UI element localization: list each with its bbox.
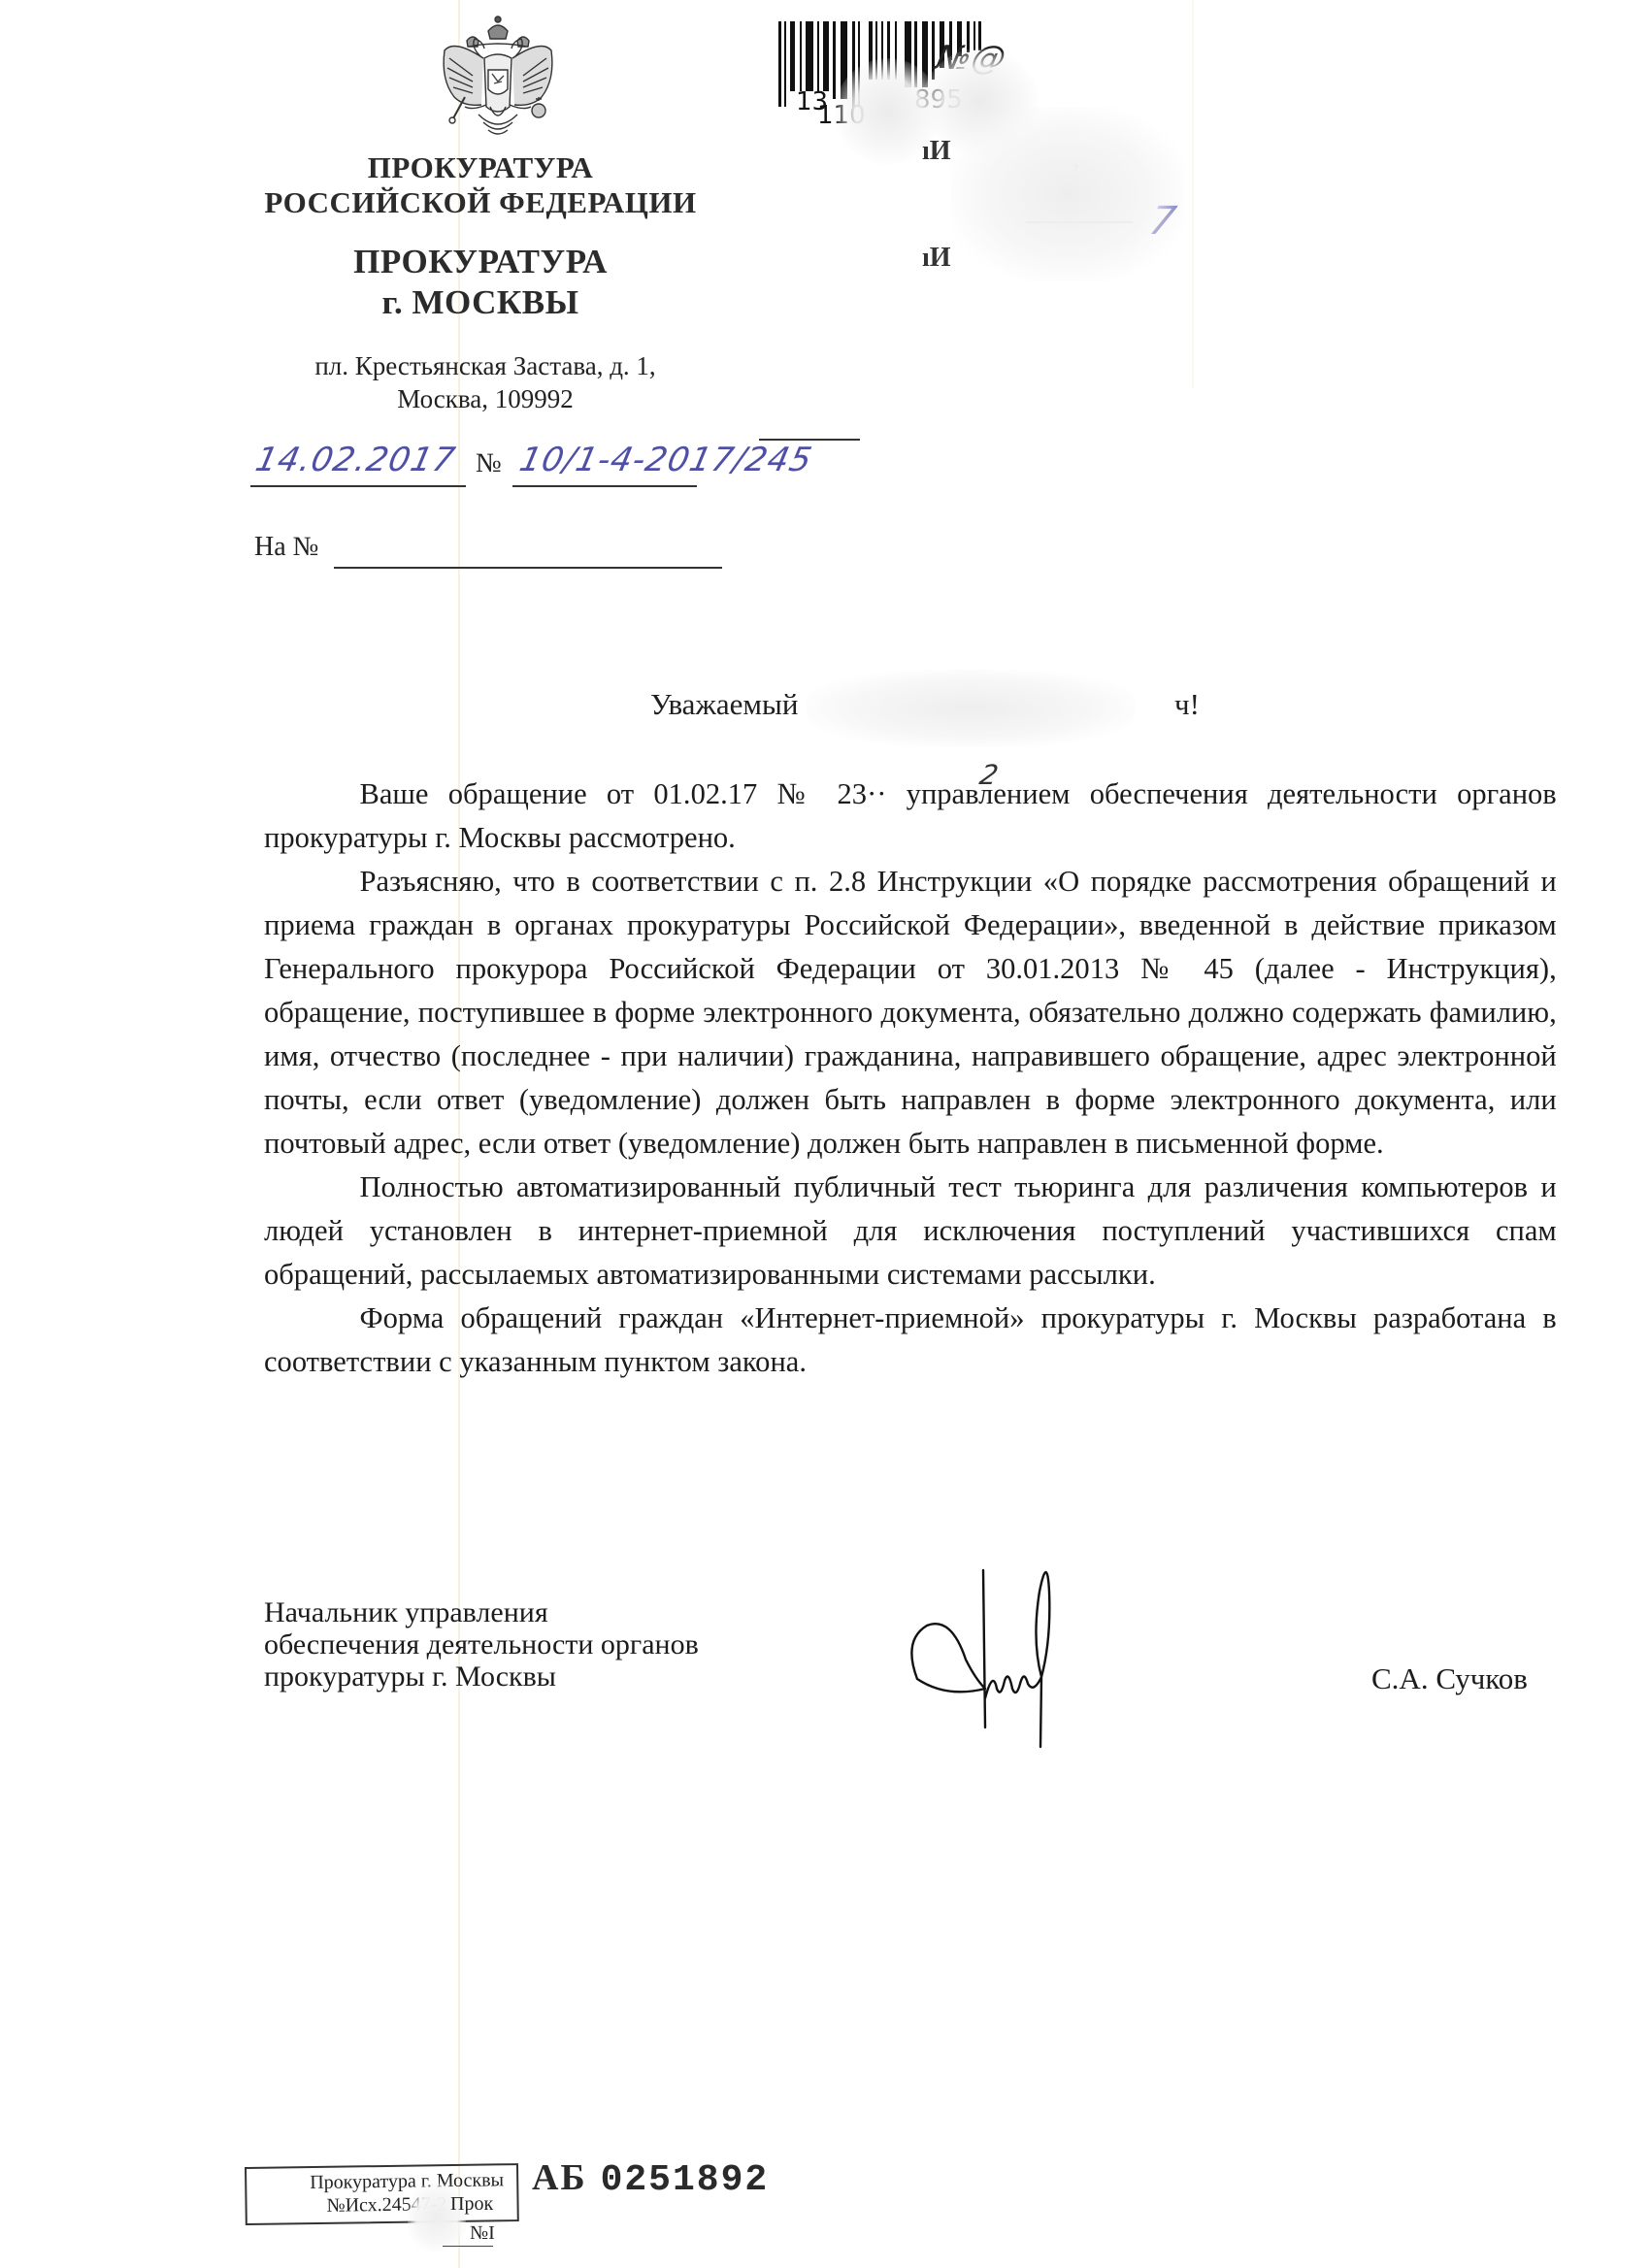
reply-reference: На № (254, 532, 759, 571)
serial-series: АБ (532, 2157, 587, 2198)
salutation-start: Уважаемый (650, 687, 798, 722)
second-registration-stamp: Прок №I (419, 2174, 516, 2261)
number-underline (512, 485, 697, 487)
serial-digits: 0251892 (601, 2159, 770, 2201)
paper-fold-line (1192, 0, 1194, 388)
number-underline-tail (759, 439, 860, 441)
body-paragraph-4: Форма обращений граждан «Интернет-приемн… (264, 1296, 1557, 1383)
coat-of-arms-icon (430, 10, 566, 146)
office-name-line2: г. МОСКВЫ (262, 282, 699, 323)
letterhead-title: ПРОКУРАТУРА РОССИЙСКОЙ ФЕДЕРАЦИИ ПРОКУРА… (262, 150, 699, 323)
body-paragraph-2: Разъясняю, что в соответствии с п. 2.8 И… (264, 859, 1557, 1165)
outgoing-reference: 14.02.2017 № 10/1-4-2017/245 (250, 435, 872, 493)
outgoing-number: 10/1-4-2017/245 (516, 441, 816, 479)
letter-page: ПРОКУРАТУРА РОССИЙСКОЙ ФЕДЕРАЦИИ ПРОКУРА… (0, 0, 1650, 2268)
signer-title-line3: прокуратуры г. Москвы (264, 1660, 699, 1693)
body-paragraph-3: Полностью автоматизированный публичный т… (264, 1165, 1557, 1296)
addressee-redaction (951, 107, 1184, 281)
letter-body: Ваше обращение от 01.02.17 № 23·· управл… (264, 772, 1557, 1383)
body-paragraph-1: Ваше обращение от 01.02.17 № 23·· управл… (264, 772, 1557, 859)
office-address: пл. Крестьянская Застава, д. 1, Москва, … (272, 349, 699, 415)
overlay-stamp-line2: №I (470, 2222, 495, 2245)
office-name-line1: ПРОКУРАТУРА (262, 242, 699, 282)
date-underline (250, 485, 466, 487)
reply-number-label: На № (254, 532, 318, 563)
org-name-line2: РОССИЙСКОЙ ФЕДЕРАЦИИ (262, 185, 699, 220)
outgoing-date: 14.02.2017 (252, 441, 459, 479)
number-sign: № (476, 448, 502, 479)
address-line1: пл. Крестьянская Застава, д. 1, (272, 349, 699, 382)
signer-title-line2: обеспечения деятельности органов (264, 1628, 699, 1660)
form-serial-number: АБ0251892 (532, 2156, 769, 2201)
salutation-name-redaction (806, 670, 1136, 747)
reply-underline (334, 567, 722, 569)
overlay-stamp-line1: Прок (450, 2193, 493, 2216)
addressee-line2: ıИ (922, 243, 951, 274)
handwritten-signature-icon (907, 1553, 1121, 1776)
addressee-line1: ıИ (922, 136, 951, 167)
overlay-stamp-underline (443, 2246, 493, 2247)
signer-title-line1: Начальник управления (264, 1596, 699, 1628)
salutation-end: ч! (1174, 687, 1200, 722)
signer-title: Начальник управления обеспечения деятель… (264, 1596, 699, 1693)
signer-name: С.А. Сучков (1371, 1661, 1528, 1696)
org-name-line1: ПРОКУРАТУРА (262, 150, 699, 185)
address-line2: Москва, 109992 (272, 382, 699, 415)
